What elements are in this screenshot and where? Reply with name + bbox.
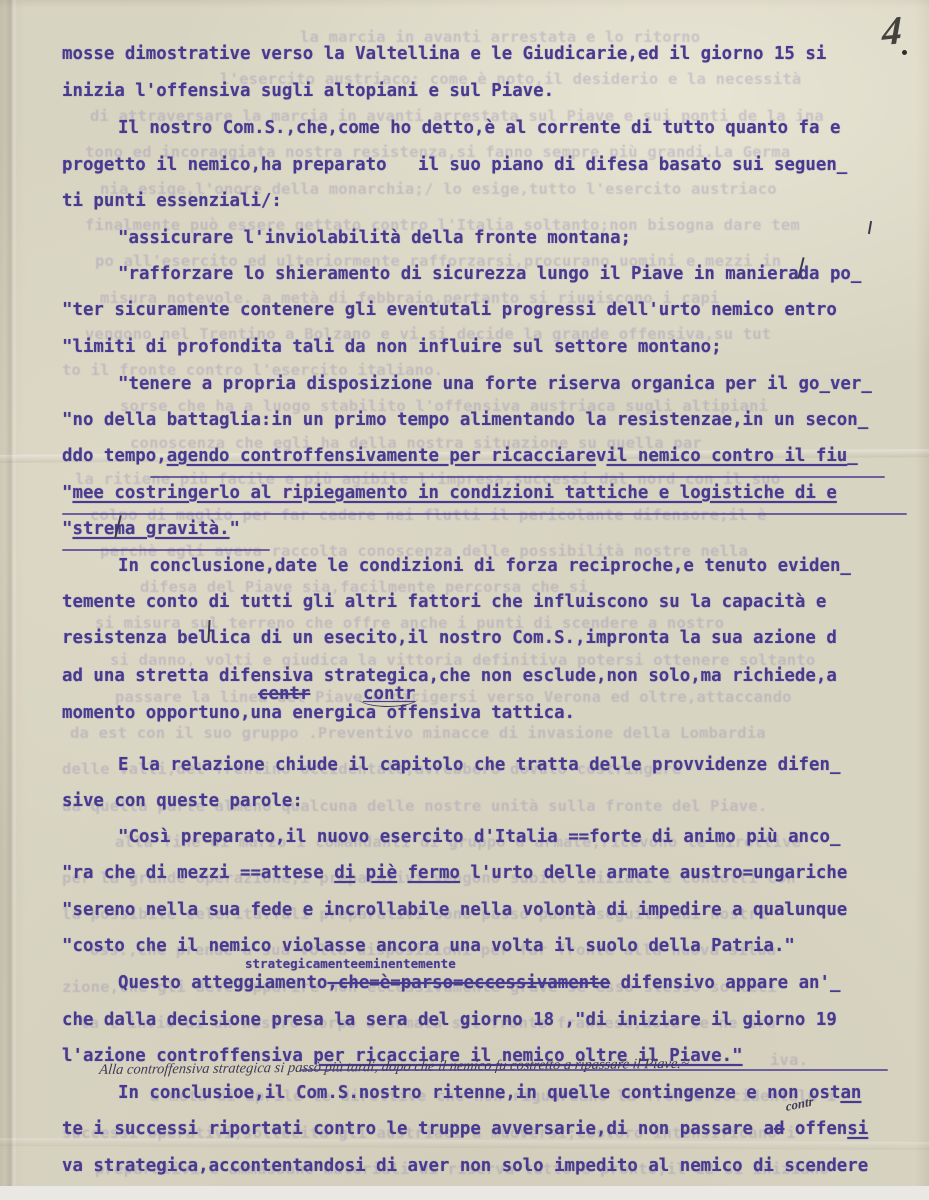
typed-line: "strema gravità." (62, 519, 240, 539)
typed-line: "rafforzare lo shieramento di sicurezza … (118, 264, 861, 284)
typed-segment: ad una stretta difensiva strategica,che … (62, 666, 837, 686)
typed-segment (397, 863, 407, 883)
pen-underline-rule (62, 513, 907, 515)
typed-segment: "limiti di profondita tali da non influi… (62, 337, 722, 357)
typed-segment: mee costringerlo al ripiegamento in cond… (72, 483, 836, 503)
typed-segment: " (230, 519, 240, 539)
pen-underline-rule (62, 549, 270, 551)
typed-segment: " (62, 483, 72, 503)
typed-segment: progetto il nemico,ha preparato il suo p… (62, 155, 847, 175)
typed-segment: di (334, 863, 355, 883)
typed-line: te i successi riportati contro le truppe… (62, 1119, 868, 1139)
typed-segment: "Così preparato,il nuovo esercito d'Ital… (118, 827, 840, 847)
typed-segment: " (62, 519, 72, 539)
typed-segment: sive con queste parole: (62, 791, 303, 811)
typed-segment: strema gravità. (72, 519, 229, 539)
typed-segment: il nemico contro il fiu (606, 446, 847, 466)
typed-segment: l'urto delle armate austro=ungariche (460, 863, 847, 883)
typed-line: "limiti di profondita tali da non influi… (62, 337, 722, 357)
typed-line: va strategica,accontentandosi di aver no… (62, 1156, 868, 1176)
typed-segment: ddo tempo, (62, 446, 167, 466)
ghost-typed-line: iva. (770, 1051, 808, 1069)
typed-segment: "ra che di mezzi ==attese (62, 863, 334, 883)
handwritten-page-number: 4 (882, 6, 902, 55)
typed-line: "tenere a propria disposizione una forte… (118, 374, 872, 394)
typed-segment: ,che=è=parso=eccessivamente (327, 973, 610, 993)
typed-segment: "ter sicuramente contenere gli eventutal… (62, 300, 837, 320)
typed-line: "assicurare l'inviolabilità della fronte… (118, 228, 631, 248)
typed-line: "Così preparato,il nuovo esercito d'Ital… (118, 827, 840, 847)
typed-segment: "rafforzare lo shieramento di sicurezza … (118, 264, 861, 284)
typed-line: mosse dimostrative verso la Valtellina e… (62, 44, 826, 64)
typed-segment: an (840, 1083, 861, 1103)
typed-line: resistenza bellica di un esecito,il nost… (62, 628, 837, 648)
typed-line: "mee costringerlo al ripiegamento in con… (62, 483, 837, 503)
typed-segment: "assicurare l'inviolabilità della fronte… (118, 228, 631, 248)
typed-segment: "no della battaglia:in un primo tempo al… (62, 410, 868, 430)
typed-line: sive con queste parole: (62, 791, 303, 811)
typed-segment: te i successi riportati contro le truppe… (62, 1119, 774, 1139)
typed-line: ddo tempo,agendo controffensivamente per… (62, 446, 858, 466)
ghost-typed-line: da est con il suo gruppo .Preventivo min… (70, 724, 766, 742)
typed-interline-insert: centr (258, 684, 310, 704)
typed-segment: piè (366, 863, 397, 883)
typed-line: "ra che di mezzi ==attese di piè fermo l… (62, 863, 847, 883)
typed-segment: d (774, 1119, 784, 1139)
typed-segment: v (596, 446, 606, 466)
pen-underline-rule (300, 1069, 888, 1071)
typed-line: In conclusioe,il Com.S.nostro ritenne,in… (118, 1083, 861, 1103)
pen-dot-mark (902, 50, 907, 55)
typed-segment: strategicamenteeminentemente (245, 956, 456, 971)
typed-segment: inizia l'offensiva sugli altopiani e sul… (62, 81, 554, 101)
typed-segment: "sereno nella sua fede e incrollabile ne… (62, 900, 847, 920)
typed-segment: momento opportuno,una energica offensiva… (62, 703, 575, 723)
typed-segment (355, 863, 365, 883)
typed-line: "ter sicuramente contenere gli eventutal… (62, 300, 837, 320)
typed-line: temente conto di tutti gli altri fattori… (62, 592, 826, 612)
typed-segment: offen (784, 1119, 847, 1139)
typed-segment: In conclusioe,il Com.S.nostro ritenne,in… (118, 1083, 840, 1103)
typed-segment: E la relazione chiude il capitolo che tr… (118, 755, 840, 775)
typed-segment: agendo controffensivamente per ricacciar… (167, 446, 596, 466)
typed-segment: "costo che il nemico violasse ancora una… (62, 936, 795, 956)
typed-segment: che dalla decisione presa la sera del gi… (62, 1010, 837, 1030)
typed-segment: "tenere a propria disposizione una forte… (118, 374, 872, 394)
scanned-page: la marcia in avanti arrestata e lo ritor… (0, 0, 929, 1200)
left-fold-crease (5, 0, 17, 1186)
typed-segment: fermo (408, 863, 460, 883)
typed-line: E la relazione chiude il capitolo che tr… (118, 755, 840, 775)
typed-segment: si (847, 1119, 868, 1139)
typed-segment: mosse dimostrative verso la Valtellina e… (62, 44, 826, 64)
typed-line: In conclusione,date le condizioni di for… (118, 556, 851, 576)
typed-segment: ti punti essenziali/: (62, 191, 282, 211)
typed-line: ad una stretta difensiva strategica,che … (62, 666, 837, 686)
scanner-edge-strip (0, 1186, 929, 1200)
typed-line: inizia l'offensiva sugli altopiani e sul… (62, 81, 554, 101)
typed-segment: _ (847, 446, 857, 466)
typed-segment: difensivo appare an'_ (610, 973, 840, 993)
typed-line: "sereno nella sua fede e incrollabile ne… (62, 900, 847, 920)
typed-line: Questo atteggiamento,che=è=parso=eccessi… (118, 973, 840, 993)
typed-segment: Questo atteggiamento (118, 973, 327, 993)
typed-line: "costo che il nemico violasse ancora una… (62, 936, 795, 956)
typed-segment: va strategica,accontentandosi di aver no… (62, 1156, 868, 1176)
typed-segment: centr (258, 684, 310, 704)
typed-segment: In conclusione,date le condizioni di for… (118, 556, 851, 576)
typed-line: ti punti essenziali/: (62, 191, 282, 211)
typed-line: "no della battaglia:in un primo tempo al… (62, 410, 868, 430)
typed-segment: Il nostro Com.S.,che,come ho detto,è al … (118, 118, 840, 138)
pen-underline-rule (150, 476, 885, 478)
typed-line: che dalla decisione presa la sera del gi… (62, 1010, 837, 1030)
typed-interline-insert: strategicamenteeminentemente (245, 956, 456, 971)
typed-line: momento opportuno,una energica offensiva… (62, 703, 575, 723)
typed-segment: temente conto di tutti gli altri fattori… (62, 592, 826, 612)
typed-segment: resistenza bellica di un esecito,il nost… (62, 628, 837, 648)
typed-line: Il nostro Com.S.,che,come ho detto,è al … (118, 118, 840, 138)
typed-line: progetto il nemico,ha preparato il suo p… (62, 155, 847, 175)
